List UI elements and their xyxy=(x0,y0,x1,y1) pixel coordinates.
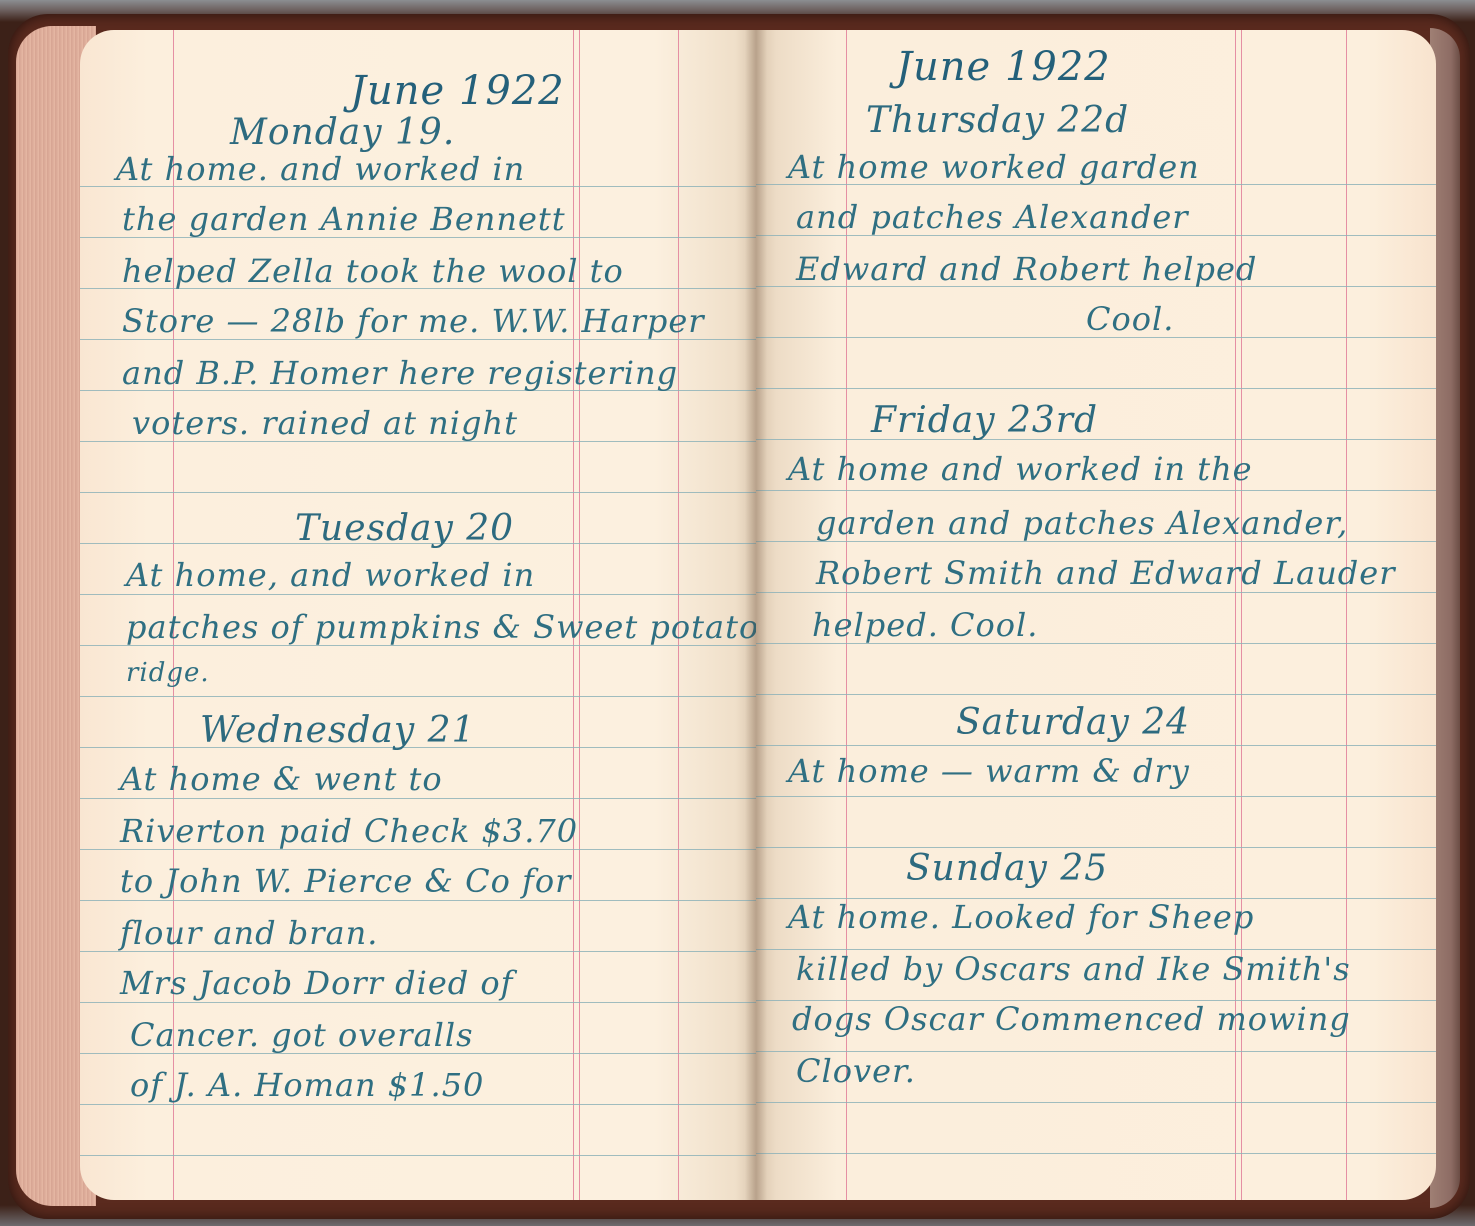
entry-line: At home. and worked in xyxy=(116,150,525,188)
day-heading: Wednesday 21 xyxy=(200,710,475,751)
ruled-line xyxy=(80,594,756,595)
entry-line: of J. A. Homan $1.50 xyxy=(130,1066,484,1104)
entry-line: Robert Smith and Edward Lauder xyxy=(816,554,1396,592)
ruled-line xyxy=(80,1002,756,1003)
ruled-line xyxy=(80,798,756,799)
month-header: June 1922 xyxy=(350,68,565,114)
entry-line: Riverton paid Check $3.70 xyxy=(120,812,578,850)
entry-line: garden and patches Alexander, xyxy=(816,504,1348,542)
ruled-line xyxy=(756,388,1436,389)
entry-line: killed by Oscars and Ike Smith's xyxy=(796,950,1351,988)
entry-line: At home worked garden xyxy=(788,148,1200,186)
entry-line: Cancer. got overalls xyxy=(130,1016,473,1054)
ruled-line xyxy=(756,490,1436,491)
entry-line: helped. Cool. xyxy=(812,606,1038,644)
ruled-line xyxy=(756,694,1436,695)
month-header: June 1922 xyxy=(896,44,1111,90)
entry-line: helped Zella took the wool to xyxy=(122,252,624,290)
entry-line: Edward and Robert helped xyxy=(796,250,1257,288)
entry-line: At home & went to xyxy=(120,760,443,798)
ruled-line xyxy=(756,592,1436,593)
day-heading: Saturday 24 xyxy=(956,702,1190,743)
left-page: June 1922 Monday 19. At home. and worked… xyxy=(80,30,756,1200)
entry-line: and B.P. Homer here registering xyxy=(122,354,678,392)
ruled-line xyxy=(80,1155,756,1156)
entry-line: Clover. xyxy=(796,1052,916,1090)
ruled-line xyxy=(756,1102,1436,1103)
ruled-line xyxy=(756,745,1436,746)
day-heading: Tuesday 20 xyxy=(295,508,514,549)
entry-line: ridge. xyxy=(126,658,210,688)
ruled-line xyxy=(80,492,756,493)
book-gutter xyxy=(745,30,767,1200)
entry-line: to John W. Pierce & Co for xyxy=(120,862,571,900)
ruled-line xyxy=(756,1153,1436,1154)
entry-line: dogs Oscar Commenced mowing xyxy=(792,1000,1351,1038)
entry-line: and patches Alexander xyxy=(796,198,1189,236)
ruled-line xyxy=(80,696,756,697)
scanned-diary: June 1922 Monday 19. At home. and worked… xyxy=(0,0,1475,1226)
ruled-line xyxy=(80,900,756,901)
entry-line: At home. Looked for Sheep xyxy=(788,898,1254,936)
entry-line: At home — warm & dry xyxy=(788,752,1190,790)
day-heading: Sunday 25 xyxy=(906,848,1108,889)
day-heading: Thursday 22d xyxy=(866,100,1129,141)
entry-line: Store — 28lb for me. W.W. Harper xyxy=(122,302,705,340)
entry-line: At home and worked in the xyxy=(788,450,1253,488)
ruled-line xyxy=(80,1104,756,1105)
ruled-line xyxy=(756,796,1436,797)
entry-line: patches of pumpkins & Sweet potato xyxy=(126,608,756,646)
entry-line: Mrs Jacob Dorr died of xyxy=(120,964,514,1002)
day-heading: Friday 23rd xyxy=(871,400,1098,441)
right-page: June 1922 Thursday 22d At home worked ga… xyxy=(756,30,1436,1200)
entry-line: Cool. xyxy=(1086,300,1174,338)
entry-line: flour and bran. xyxy=(120,914,378,952)
day-heading: Monday 19. xyxy=(230,112,455,153)
entry-line: At home, and worked in xyxy=(126,556,535,594)
entry-line: the garden Annie Bennett xyxy=(122,200,566,238)
entry-line: voters. rained at night xyxy=(132,404,518,442)
